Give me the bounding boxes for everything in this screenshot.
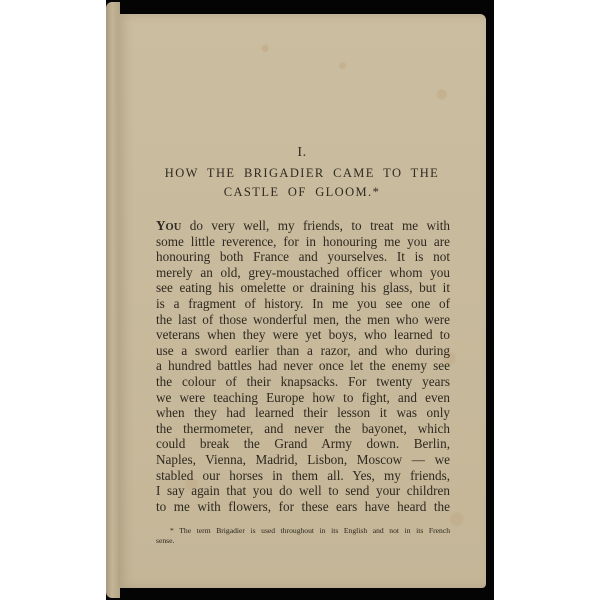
footnote-line-2: sense. — [156, 536, 450, 546]
body-line: veterans when they were yet boys, who le… — [156, 327, 450, 343]
body-line: a hundred battles had never once let the… — [156, 358, 450, 374]
chapter-number: I. — [118, 145, 486, 161]
body-line: the colour of their knapsacks. For twent… — [156, 374, 450, 390]
body-line: the last of those wonderful men, the men… — [156, 312, 450, 328]
drop-cap: Y — [156, 218, 166, 233]
footnote-line-1: * The term Brigadier is used throughout … — [156, 526, 450, 536]
body-line: use a sword earlier than a razor, and wh… — [156, 343, 450, 359]
body-line: honouring both France and yourselves. It… — [156, 249, 450, 265]
body-line: Naples, Vienna, Madrid, Lisbon, Moscow —… — [156, 452, 450, 468]
body-line-text: do very well, my friends, to treat me wi… — [181, 218, 450, 233]
body-line: when they had learned their lesson it wa… — [156, 405, 450, 421]
book-page: I. HOW THE BRIGADIER CAME TO THE CASTLE … — [118, 14, 486, 588]
chapter-title-line-2: CASTLE OF GLOOM.* — [118, 183, 486, 202]
body-line: is a fragment of history. In me you see … — [156, 296, 450, 312]
footnote: * The term Brigadier is used throughout … — [156, 526, 450, 546]
body-text: YOU do very well, my friends, to treat m… — [156, 218, 450, 514]
body-line: I say again that you do well to send you… — [156, 483, 450, 499]
body-line: to me with flowers, for these ears have … — [156, 499, 450, 515]
body-line: YOU do very well, my friends, to treat m… — [156, 218, 450, 234]
chapter-title-line-1: HOW THE BRIGADIER CAME TO THE — [118, 164, 486, 183]
body-line: could break the Grand Army down. Berlin, — [156, 436, 450, 452]
body-line: some little reverence, for in honouring … — [156, 234, 450, 250]
photo-stage: I. HOW THE BRIGADIER CAME TO THE CASTLE … — [0, 0, 600, 600]
body-line: the thermometer, and never the bayonet, … — [156, 421, 450, 437]
chapter-title: HOW THE BRIGADIER CAME TO THE CASTLE OF … — [118, 164, 486, 202]
body-line: we were teaching Europe how to fight, an… — [156, 390, 450, 406]
drop-cap-smallcaps: OU — [166, 222, 182, 233]
body-line: merely an old, grey-moustached officer w… — [156, 265, 450, 281]
body-line: stabled our horses in them all. Yes, my … — [156, 468, 450, 484]
body-line: see eating his omelette or draining his … — [156, 280, 450, 296]
